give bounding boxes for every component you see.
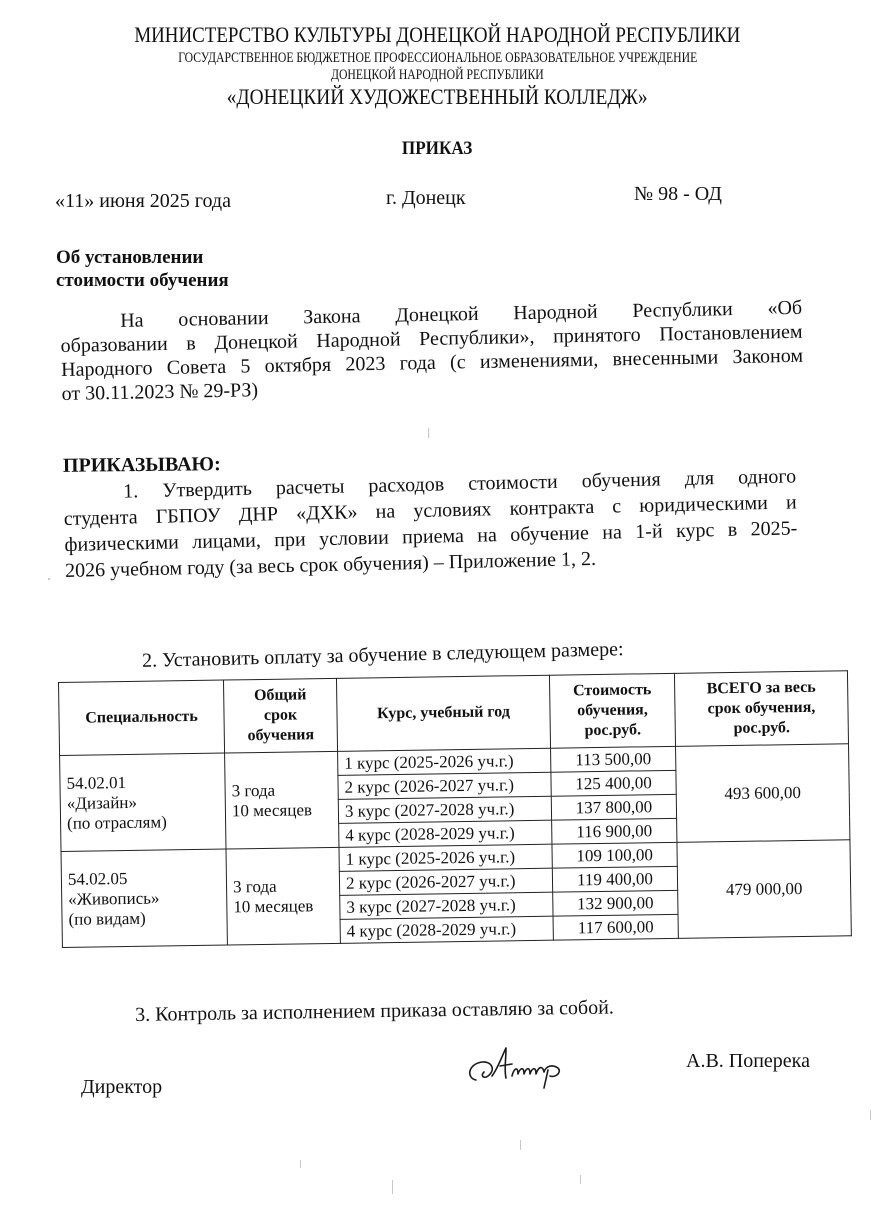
order-city: г. Донецк bbox=[386, 187, 466, 210]
course-cell: 2 курс (2026-2027 уч.г.) bbox=[339, 868, 552, 895]
term-line: 10 месяцев bbox=[233, 895, 333, 916]
scan-noise bbox=[0, 0, 875, 1222]
region-header: ДОНЕЦКОЙ НАРОДНОЙ РЕСПУБЛИКИ bbox=[0, 67, 875, 84]
header-line: рос.руб. bbox=[557, 720, 669, 742]
header-line: обучения, bbox=[556, 700, 668, 722]
signatory-name: А.В. Поперека bbox=[686, 1050, 810, 1073]
term-cell: 3 года10 месяцев bbox=[226, 847, 340, 945]
course-cell: 1 курс (2025-2026 уч.г.) bbox=[338, 748, 551, 775]
header-line: обучения bbox=[231, 725, 331, 746]
course-cell: 3 курс (2027-2028 уч.г.) bbox=[338, 796, 551, 823]
subject-line: Об установлении bbox=[56, 246, 229, 269]
header-line: ВСЕГО за весь bbox=[681, 677, 841, 699]
region-text: ДОНЕЦКОЙ НАРОДНОЙ РЕСПУБЛИКИ bbox=[331, 67, 544, 84]
term-line: 3 года bbox=[231, 779, 331, 800]
col-header-specialty: Специальность bbox=[59, 680, 225, 755]
institution-header: ГОСУДАРСТВЕННОЕ БЮДЖЕТНОЕ ПРОФЕССИОНАЛЬН… bbox=[0, 50, 875, 67]
legal-basis-paragraph: На основании Закона Донецкой Народной Ре… bbox=[60, 296, 804, 406]
subject-line: стоимости обучения bbox=[56, 269, 229, 292]
cost-cell: 109 100,00 bbox=[552, 842, 677, 868]
col-header-term: Общий срок обучения bbox=[223, 678, 337, 753]
order-subject: Об установлении стоимости обучения bbox=[56, 246, 229, 292]
header-line: срок bbox=[230, 705, 330, 726]
header-line: Общий bbox=[230, 685, 330, 706]
header-line: срок обучения, bbox=[681, 697, 841, 719]
ministry-text: МИНИСТЕРСТВО КУЛЬТУРЫ ДОНЕЦКОЙ НАРОДНОЙ … bbox=[134, 22, 740, 48]
header-line: рос.руб. bbox=[682, 717, 842, 739]
header-line: Стоимость bbox=[556, 680, 668, 702]
term-cell: 3 года10 месяцев bbox=[225, 751, 339, 849]
total-cell: 493 600,00 bbox=[676, 744, 850, 843]
cost-cell: 117 600,00 bbox=[553, 914, 678, 940]
college-header: «ДОНЕЦКИЙ ХУДОЖЕСТВЕННЫЙ КОЛЛЕДЖ» bbox=[0, 84, 875, 110]
specialty-cell: 54.02.01«Дизайн»(по отраслям) bbox=[60, 753, 226, 851]
specialty-line: (по видам) bbox=[68, 907, 220, 929]
specialty-line: «Дизайн» bbox=[67, 791, 219, 813]
term-line: 10 месяцев bbox=[232, 799, 332, 820]
decree-heading: ПРИКАЗЫВАЮ: bbox=[63, 453, 221, 478]
specialty-line: 54.02.05 bbox=[68, 867, 220, 889]
signature-icon bbox=[462, 1042, 592, 1090]
course-cell: 4 курс (2028-2029 уч.г.) bbox=[340, 916, 553, 943]
course-cell: 2 курс (2026-2027 уч.г.) bbox=[338, 772, 551, 799]
col-header-cost: Стоимость обучения, рос.руб. bbox=[549, 673, 675, 748]
cost-cell: 125 400,00 bbox=[551, 770, 676, 796]
table-header-row: Специальность Общий срок обучения Курс, … bbox=[59, 671, 849, 756]
order-title: ПРИКАЗ bbox=[0, 138, 875, 160]
term-line: 3 года bbox=[233, 875, 333, 896]
tuition-fee-table: Специальность Общий срок обучения Курс, … bbox=[58, 670, 852, 948]
document-page: МИНИСТЕРСТВО КУЛЬТУРЫ ДОНЕЦКОЙ НАРОДНОЙ … bbox=[0, 0, 875, 1222]
order-date: «11» июня 2025 года bbox=[55, 190, 231, 213]
col-header-course: Курс, учебный год bbox=[336, 675, 550, 751]
cost-cell: 132 900,00 bbox=[553, 890, 678, 916]
course-cell: 3 курс (2027-2028 уч.г.) bbox=[340, 892, 553, 919]
decree-item-2: 2. Установить оплату за обучение в следу… bbox=[142, 638, 624, 673]
order-title-text: ПРИКАЗ bbox=[402, 138, 472, 160]
signatory-role: Директор bbox=[81, 1076, 162, 1099]
tuition-table-wrapper: Специальность Общий срок обучения Курс, … bbox=[58, 670, 852, 948]
decree-item-3: 3. Контроль за исполнением приказа остав… bbox=[135, 996, 614, 1027]
total-cell: 479 000,00 bbox=[677, 840, 851, 939]
cost-cell: 137 800,00 bbox=[551, 794, 676, 820]
col-header-total: ВСЕГО за весь срок обучения, рос.руб. bbox=[674, 671, 848, 747]
specialty-line: (по отраслям) bbox=[67, 811, 219, 833]
order-number: № 98 - ОД bbox=[634, 183, 722, 206]
course-cell: 1 курс (2025-2026 уч.г.) bbox=[339, 844, 552, 871]
institution-text: ГОСУДАРСТВЕННОЕ БЮДЖЕТНОЕ ПРОФЕССИОНАЛЬН… bbox=[178, 50, 697, 67]
college-text: «ДОНЕЦКИЙ ХУДОЖЕСТВЕННЫЙ КОЛЛЕДЖ» bbox=[227, 84, 648, 110]
cost-cell: 119 400,00 bbox=[552, 866, 677, 892]
specialty-cell: 54.02.05«Живопись»(по видам) bbox=[61, 849, 227, 947]
decree-item-1: 1. Утвердить расчеты расходов стоимости … bbox=[63, 463, 798, 584]
ministry-header: МИНИСТЕРСТВО КУЛЬТУРЫ ДОНЕЦКОЙ НАРОДНОЙ … bbox=[0, 22, 875, 48]
table-body: 54.02.01«Дизайн»(по отраслям)3 года10 ме… bbox=[60, 744, 852, 948]
specialty-line: 54.02.01 bbox=[66, 771, 218, 793]
course-cell: 4 курс (2028-2029 уч.г.) bbox=[339, 820, 552, 847]
cost-cell: 113 500,00 bbox=[551, 746, 676, 772]
specialty-line: «Живопись» bbox=[68, 887, 220, 909]
cost-cell: 116 900,00 bbox=[552, 818, 677, 844]
